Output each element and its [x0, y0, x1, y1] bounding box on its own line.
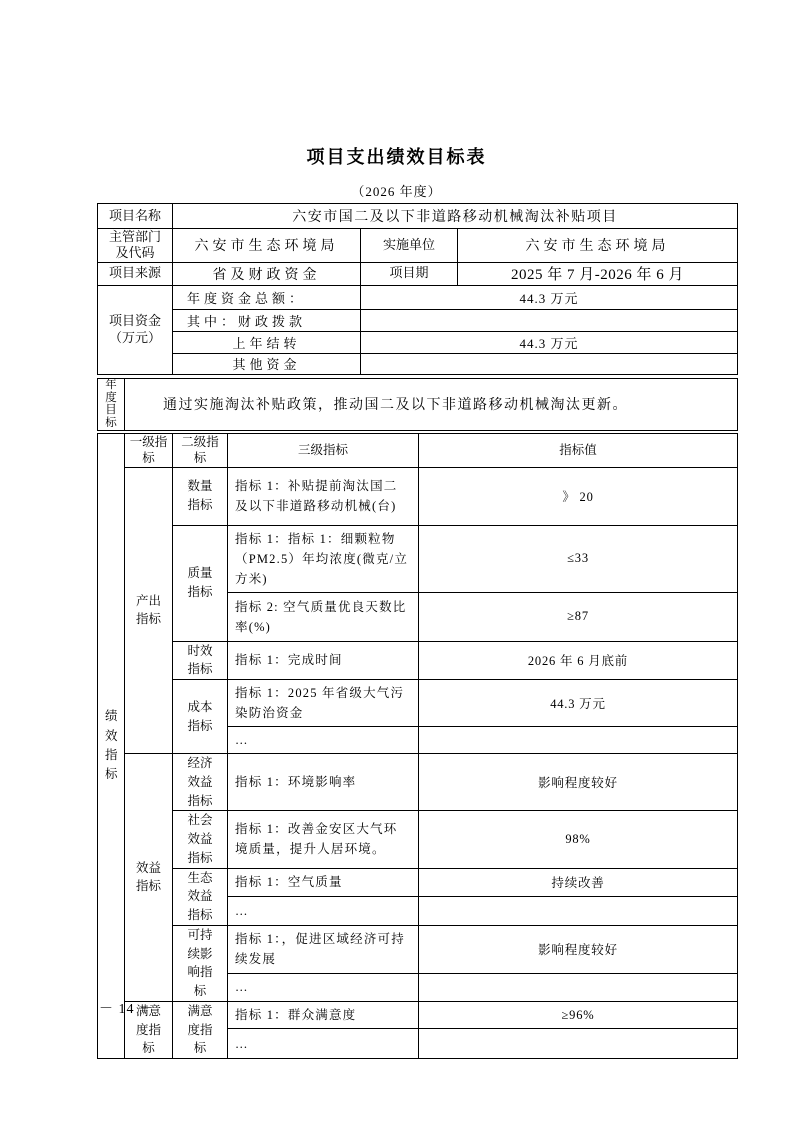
performance-side-label: 绩效指标 [98, 434, 125, 1059]
indicator-value [419, 897, 738, 926]
annual-goal-label: 年度目标 [98, 379, 125, 431]
project-period-value: 2025 年 7 月-2026 年 6 月 [458, 262, 738, 285]
annual-goal-text: 通过实施淘汰补贴政策，推动国二及以下非道路移动机械淘汰更新。 [125, 379, 738, 431]
funds-other-value [361, 353, 738, 374]
level2-social: 社会效益指标 [173, 811, 228, 868]
indicator-text: 指标 1：指标 1：细颗粒物（PM2.5）年均浓度(微克/立方米) [228, 525, 419, 592]
indicator-text: 指标 1：，促进区域经济可持续发展 [228, 925, 419, 973]
indicator-value: ≥96% [419, 1001, 738, 1029]
indicator-value: ≤33 [419, 525, 738, 592]
indicator-value: 影响程度较好 [419, 754, 738, 811]
indicator-text: 指标 1：改善金安区大气环境质量，提升人居环境。 [228, 811, 419, 868]
table-row: 项目来源 省及财政资金 项目期 2025 年 7 月-2026 年 6 月 [98, 262, 738, 285]
header-level2: 二级指标 [173, 434, 228, 468]
table-row: 绩效指标 一级指标 二级指标 三级指标 指标值 [98, 434, 738, 468]
level2-quantity: 数量指标 [173, 467, 228, 525]
implement-unit-value: 六安市生态环境局 [458, 229, 738, 263]
level1-benefit: 效益指标 [125, 754, 173, 1002]
indicator-text: … [228, 1029, 419, 1059]
table-row: 产出指标 数量指标 指标 1：补贴提前淘汰国二及以下非道路移动机械(台) 》 2… [98, 467, 738, 525]
indicator-text: 指标 1：完成时间 [228, 641, 419, 680]
page-number: － 14 － [99, 998, 154, 1018]
funds-label: 项目资金 （万元） [98, 285, 173, 374]
project-info-table: 项目名称 六安市国二及以下非道路移动机械淘汰补贴项目 主管部门 及代码 六安市生… [97, 203, 738, 375]
indicator-text: … [228, 727, 419, 754]
indicator-value: 2026 年 6 月底前 [419, 641, 738, 680]
indicator-text: 指标 1：空气质量 [228, 868, 419, 897]
indicator-text: 指标 1：补贴提前淘汰国二及以下非道路移动机械(台) [228, 467, 419, 525]
funds-carryover-label: 上年结转 [173, 331, 361, 353]
performance-table: 绩效指标 一级指标 二级指标 三级指标 指标值 产出指标 数量指标 指标 1：补… [97, 433, 738, 1059]
indicator-value: 》 20 [419, 467, 738, 525]
table-row: 可持续影响指标 指标 1：，促进区域经济可持续发展 影响程度较好 [98, 925, 738, 973]
department-label-line1: 主管部门 [102, 229, 168, 245]
indicator-value [419, 974, 738, 1002]
header-level1: 一级指标 [125, 434, 173, 468]
table-row: 成本指标 指标 1：2025 年省级大气污染防治资金 44.3 万元 [98, 680, 738, 727]
indicator-value [419, 1029, 738, 1059]
annual-goal-table: 年度目标 通过实施淘汰补贴政策，推动国二及以下非道路移动机械淘汰更新。 [97, 378, 738, 431]
project-period-label: 项目期 [361, 262, 458, 285]
level2-sustainable: 可持续影响指标 [173, 925, 228, 1001]
department-value: 六安市生态环境局 [173, 229, 361, 263]
funds-carryover-value: 44.3 万元 [361, 331, 738, 353]
project-name-value: 六安市国二及以下非道路移动机械淘汰补贴项目 [173, 204, 738, 229]
table-row: 生态效益指标 指标 1：空气质量 持续改善 [98, 868, 738, 897]
level2-ecological: 生态效益指标 [173, 868, 228, 925]
level1-output: 产出指标 [125, 467, 173, 754]
level2-economic: 经济效益指标 [173, 754, 228, 811]
funds-fiscal-value [361, 309, 738, 331]
indicator-value: 44.3 万元 [419, 680, 738, 727]
department-label: 主管部门 及代码 [98, 229, 173, 263]
funds-label-line2: （万元） [102, 330, 168, 346]
table-row: 社会效益指标 指标 1：改善金安区大气环境质量，提升人居环境。 98% [98, 811, 738, 868]
header-level3: 三级指标 [228, 434, 419, 468]
indicator-text: 指标 1：群众满意度 [228, 1001, 419, 1029]
indicator-value [419, 727, 738, 754]
table-row: 主管部门 及代码 六安市生态环境局 实施单位 六安市生态环境局 [98, 229, 738, 263]
project-source-value: 省及财政资金 [173, 262, 361, 285]
indicator-text: 指标 1：2025 年省级大气污染防治资金 [228, 680, 419, 727]
indicator-text: 指标 2: 空气质量优良天数比率(%) [228, 592, 419, 641]
table-row: 年度目标 通过实施淘汰补贴政策，推动国二及以下非道路移动机械淘汰更新。 [98, 379, 738, 431]
table-row: 项目资金 （万元） 年度资金总额： 44.3 万元 [98, 285, 738, 309]
level2-cost: 成本指标 [173, 680, 228, 754]
table-row: 满意度指标 满意度指标 指标 1：群众满意度 ≥96% [98, 1001, 738, 1029]
indicator-value: 持续改善 [419, 868, 738, 897]
indicator-value: 影响程度较好 [419, 925, 738, 973]
funds-other-label: 其他资金 [173, 353, 361, 374]
table-row: 其中：财政拨款 [98, 309, 738, 331]
indicator-value: 98% [419, 811, 738, 868]
level2-quality: 质量指标 [173, 525, 228, 641]
level2-satisfaction: 满意度指标 [173, 1001, 228, 1058]
table-row: 效益指标 经济效益指标 指标 1：环境影响率 影响程度较好 [98, 754, 738, 811]
project-source-label: 项目来源 [98, 262, 173, 285]
header-value: 指标值 [419, 434, 738, 468]
level2-timeliness: 时效指标 [173, 641, 228, 680]
funds-total-value: 44.3 万元 [361, 285, 738, 309]
department-label-line2: 及代码 [102, 245, 168, 261]
table-row: 上年结转 44.3 万元 [98, 331, 738, 353]
implement-unit-label: 实施单位 [361, 229, 458, 263]
funds-label-line1: 项目资金 [102, 313, 168, 329]
document-page: 项目支出绩效目标表 （2026 年度） 项目名称 六安市国二及以下非道路移动机械… [0, 0, 793, 1122]
table-row: 其他资金 [98, 353, 738, 374]
funds-fiscal-label: 其中：财政拨款 [173, 309, 361, 331]
table-row: 时效指标 指标 1：完成时间 2026 年 6 月底前 [98, 641, 738, 680]
project-name-label: 项目名称 [98, 204, 173, 229]
document-title: 项目支出绩效目标表 [0, 143, 793, 169]
indicator-text: … [228, 974, 419, 1002]
indicator-text: … [228, 897, 419, 926]
table-row: 质量指标 指标 1：指标 1：细颗粒物（PM2.5）年均浓度(微克/立方米) ≤… [98, 525, 738, 592]
indicator-text: 指标 1：环境影响率 [228, 754, 419, 811]
funds-total-label: 年度资金总额： [173, 285, 361, 309]
indicator-value: ≥87 [419, 592, 738, 641]
document-subtitle: （2026 年度） [0, 181, 793, 200]
table-row: 项目名称 六安市国二及以下非道路移动机械淘汰补贴项目 [98, 204, 738, 229]
